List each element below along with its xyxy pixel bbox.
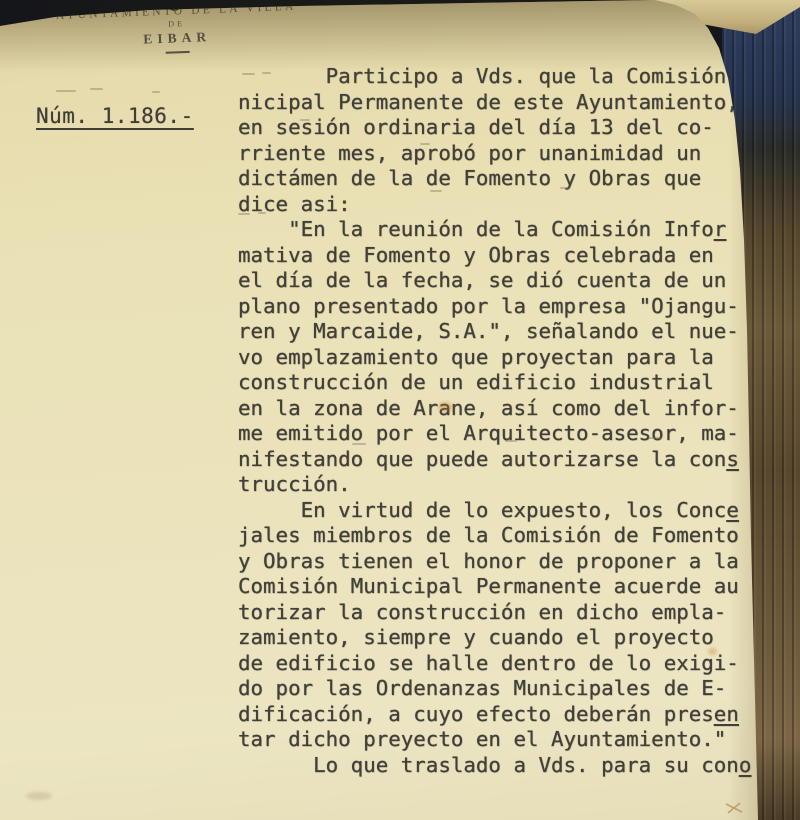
typed-line: vo emplazamiento que proyectan para la — [238, 345, 778, 371]
typed-line: plano presentado por la empresa "Ojangu- — [238, 294, 778, 320]
typed-line: ren y Marcaide, S.A.", señalando el nue- — [238, 319, 778, 345]
smudge-mark — [90, 88, 103, 90]
typed-line: tar dicho preyecto en el Ayuntamiento." — [238, 727, 778, 753]
typed-line: rriente mes, aprobó por unanimidad un — [238, 141, 778, 167]
smudge-mark — [300, 119, 310, 121]
typed-line: En virtud de lo expuesto, los Conce — [238, 498, 778, 524]
typed-line: en la zona de Arane, así como del infor- — [238, 396, 778, 422]
paper-stain — [708, 648, 717, 655]
typed-line: "En la reunión de la Comisión Infor — [238, 217, 778, 243]
paper-stain — [438, 402, 453, 412]
smudge-mark — [238, 213, 250, 215]
smudge-mark — [352, 443, 366, 445]
paper-stain — [26, 792, 52, 800]
smudge-mark — [258, 212, 266, 214]
pencil-x-mark — [724, 800, 744, 819]
smudge-mark — [420, 143, 430, 145]
smudge-mark — [242, 73, 255, 75]
typed-line: dice asi: — [238, 192, 778, 218]
smudge-mark — [262, 72, 271, 74]
typed-line: zamiento, siempre y cuando el proyecto — [238, 625, 778, 651]
typed-line: dictámen de la de Fomento y Obras que — [238, 166, 778, 192]
typed-line: de edificio se halle dentro de lo exigi- — [238, 651, 778, 677]
typed-line: construcción de un edificio industrial — [238, 370, 778, 396]
smudge-mark — [152, 91, 160, 93]
smudge-mark — [430, 190, 442, 192]
typed-line: jales miembros de la Comisión de Fomento — [238, 523, 778, 549]
typed-line: nicipal Permanente de este Ayuntamiento, — [238, 90, 778, 116]
smudge-mark — [560, 187, 570, 189]
typed-line: trucción. — [238, 472, 778, 498]
typed-line: me emitido por el Arquitecto-asesor, ma- — [238, 421, 778, 447]
typed-line: el día de la fecha, se dió cuenta de un — [238, 268, 778, 294]
reference-number: Núm. 1.186.- — [36, 104, 194, 128]
smudge-mark — [505, 440, 517, 442]
typed-line: Comisión Municipal Permanente acuerde au — [238, 574, 778, 600]
typed-line: do por las Ordenanzas Municipales de E- — [238, 676, 778, 702]
typed-line: mativa de Fomento y Obras celebrada en — [238, 243, 778, 269]
smudge-mark — [56, 90, 76, 92]
document-page: AYUNTAMIENTO DE LA VILLA DE EIBAR Núm. 1… — [0, 0, 800, 820]
typed-line: dificación, a cuyo efecto deberán presen — [238, 702, 778, 728]
typed-line: torizar la construcción en dicho empla- — [238, 600, 778, 626]
typed-line: en sesión ordinaria del día 13 del co- — [238, 115, 778, 141]
typed-line: y Obras tienen el honor de proponer a la — [238, 549, 778, 575]
typed-line: Lo que traslado a Vds. para su cono — [238, 753, 778, 779]
typed-line: Participo a Vds. que la Comisión Mu — [238, 64, 778, 90]
smudge-mark — [648, 437, 662, 439]
letterhead: AYUNTAMIENTO DE LA VILLA DE EIBAR — [55, 1, 299, 58]
typed-body: Participo a Vds. que la Comisión Municip… — [238, 64, 778, 778]
typed-line: nifestando que puede autorizarse la cons — [238, 447, 778, 473]
